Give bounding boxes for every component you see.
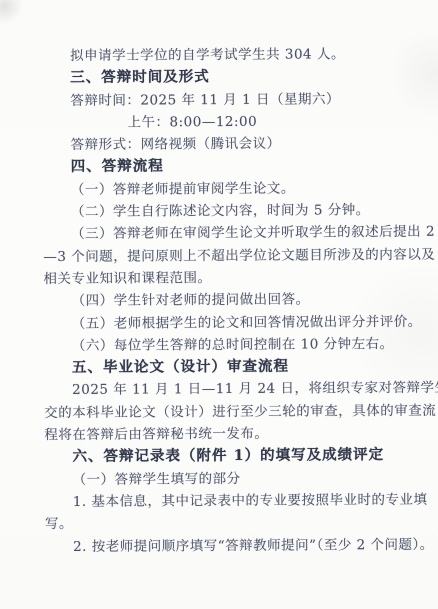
review-paragraph-line-2: 交的本科毕业论文（设计）进行至少三轮的审查，具体的审查流 [44,400,414,425]
record-item-1-line-1: 1. 基本信息，其中记录表中的专业要按照毕业时的专业填 [45,489,415,514]
record-item-1-line-2: 写。 [45,511,415,536]
document-page: 拟申请学士学位的自学考试学生共 304 人。 三、答辩时间及形式 答辩时间：20… [0,0,438,609]
section-heading-3-time-form: 三、答辩时间及形式 [42,65,412,90]
procedure-item-4: （四）学生针对老师的提问做出回答。 [44,288,414,313]
procedure-item-5: （五）老师根据学生的论文和回答情况做出评分并评价。 [44,310,414,335]
record-subheading-1: （一）答辩学生填写的部分 [45,467,415,492]
line-defense-format: 答辩形式：网络视频（腾讯会议） [43,132,413,157]
procedure-item-3-line-1: （三）答辩老师在审阅学生论文并听取学生的叙述后提出 2 [43,221,413,246]
procedure-item-3-line-3: 相关专业知识和课程范围。 [43,266,413,291]
document-text-block: 拟申请学士学位的自学考试学生共 304 人。 三、答辩时间及形式 答辩时间：20… [42,43,415,558]
procedure-item-2: （二）学生自行陈述论文内容，时间为 5 分钟。 [43,199,413,224]
section-heading-6-record: 六、答辩记录表（附件 1）的填写及成绩评定 [44,444,414,469]
review-paragraph-line-3: 程将在答辩后由答辩秘书统一发布。 [44,422,414,447]
line-defense-time: 上午：8:00—12:00 [42,110,412,135]
line-defense-date: 答辩时间：2025 年 11 月 1 日（星期六） [42,87,412,112]
record-item-2: 2. 按老师提问顺序填写“答辩教师提问”（至少 2 个问题）。 [45,533,415,558]
procedure-item-1: （一）答辩老师提前审阅学生论文。 [43,177,413,202]
paragraph-student-count: 拟申请学士学位的自学考试学生共 304 人。 [42,43,412,68]
section-heading-4-procedure: 四、答辩流程 [43,154,413,179]
procedure-item-6: （六）每位学生答辩的总时间控制在 10 分钟左右。 [44,333,414,358]
review-paragraph-line-1: 2025 年 11 月 1 日—11 月 24 日，将组织专家对答辩学生提 [44,377,414,402]
procedure-item-3-line-2: —3 个问题，提问原则上不超出学位论文题目所涉及的内容以及 [43,244,413,269]
section-heading-5-review: 五、毕业论文（设计）审查流程 [44,355,414,380]
